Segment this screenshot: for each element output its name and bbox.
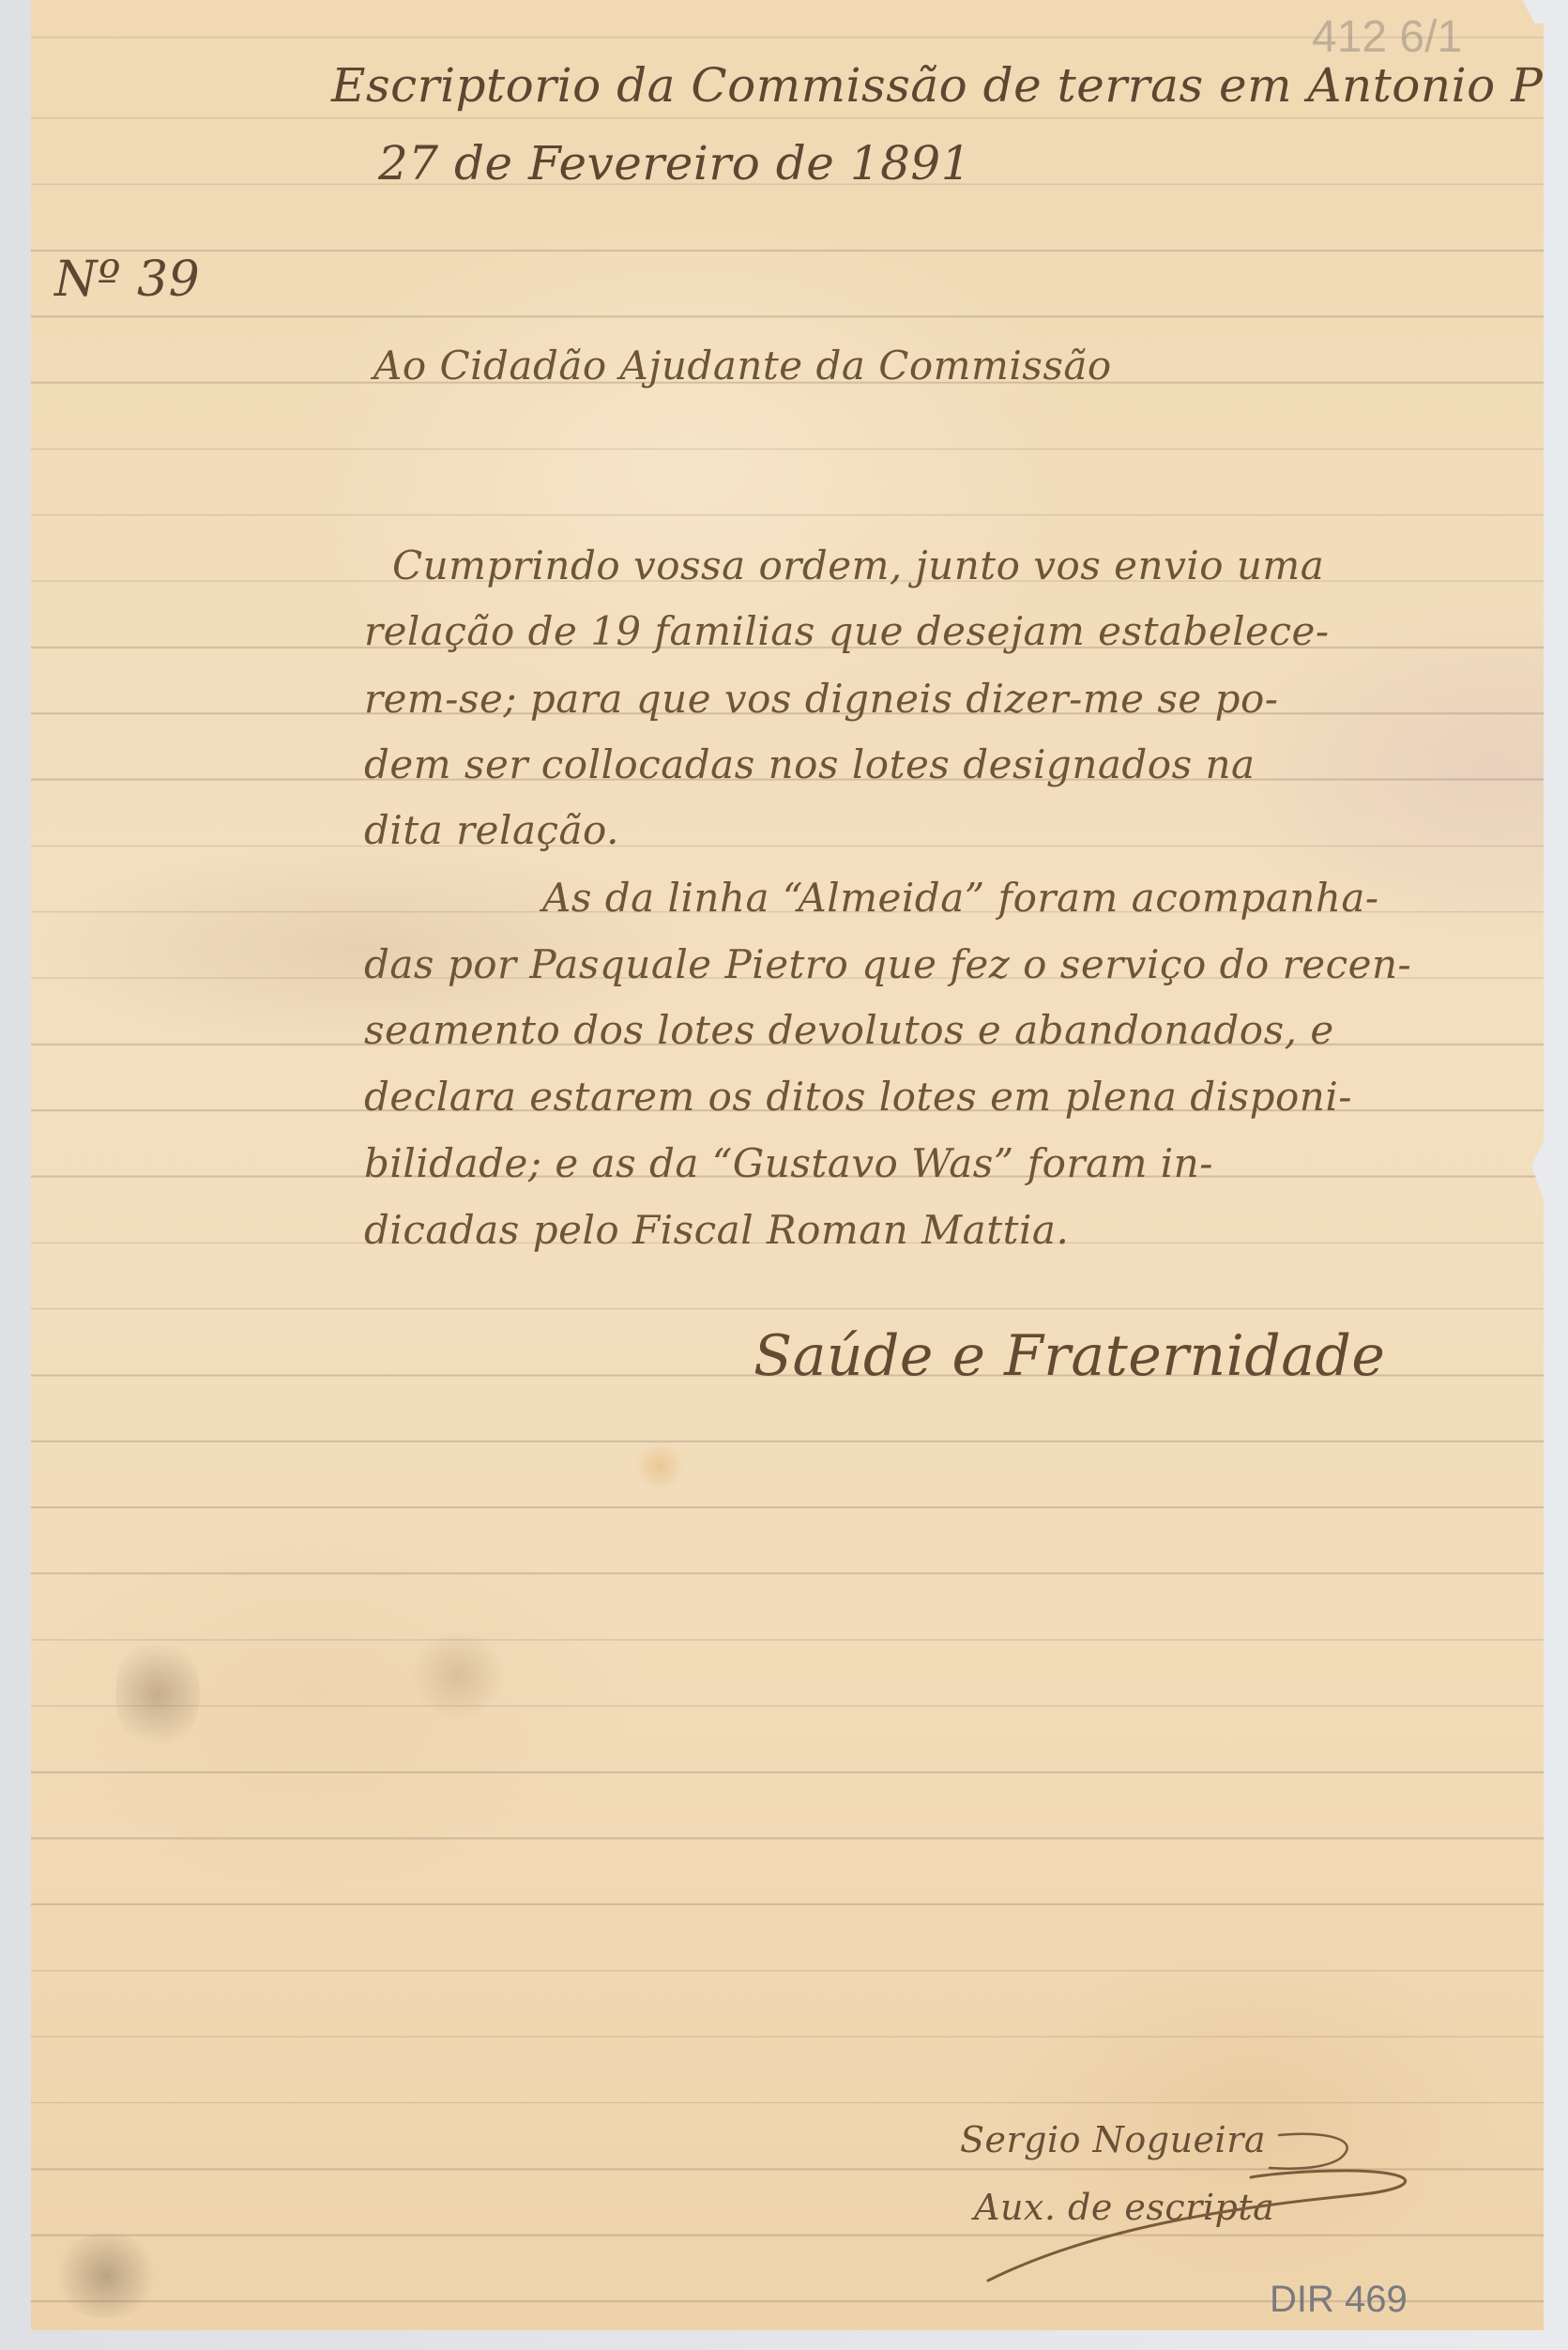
- signature-title: Aux. de escripta: [974, 2187, 1274, 2228]
- body-line: Cumprindo vossa ordem, junto vos envio u…: [392, 542, 1324, 588]
- document-number: Nº 39: [54, 252, 200, 308]
- heading-date: 27 de Fevereiro de 1891: [378, 136, 971, 191]
- scanned-page: 412 6/1 Escriptorio da Commissão de terr…: [0, 0, 1568, 2350]
- archive-number-top: 412 6/1: [1312, 11, 1462, 63]
- foxing-stain: [406, 1633, 510, 1717]
- body-line: seamento dos lotes devolutos e abandonad…: [364, 1007, 1334, 1053]
- water-stain: [632, 1445, 688, 1488]
- body-line: dita relação.: [364, 807, 619, 853]
- body-line: dicadas pelo Fiscal Roman Mattia.: [364, 1207, 1069, 1253]
- body-line: das por Pasquale Pietro que fez o serviç…: [364, 941, 1411, 987]
- archive-number-bottom: DIR 469: [1270, 2279, 1408, 2321]
- foxing-stain: [50, 2234, 162, 2318]
- body-line: As da linha “Almeida” foram acompanha-: [542, 875, 1379, 921]
- body-line: bilidade; e as da “Gustavo Was” foram in…: [364, 1140, 1213, 1186]
- paper-sheet: 412 6/1 Escriptorio da Commissão de terr…: [31, 0, 1544, 2330]
- addressee: Ao Cidadão Ajudante da Commissão: [373, 343, 1112, 389]
- foxing-stain: [115, 1633, 200, 1755]
- heading-place: Escriptorio da Commissão de terras em An…: [331, 58, 1568, 113]
- body-line: declara estarem os ditos lotes em plena …: [364, 1074, 1352, 1120]
- signature-name: Sergio Nogueira: [960, 2119, 1266, 2160]
- closing-salutation: Saúde e Fraternidade: [754, 1323, 1385, 1389]
- body-line: dem ser collocadas nos lotes designados …: [364, 741, 1256, 787]
- body-line: relação de 19 familias que desejam estab…: [364, 608, 1330, 654]
- body-line: rem-se; para que vos digneis dizer-me se…: [364, 676, 1279, 722]
